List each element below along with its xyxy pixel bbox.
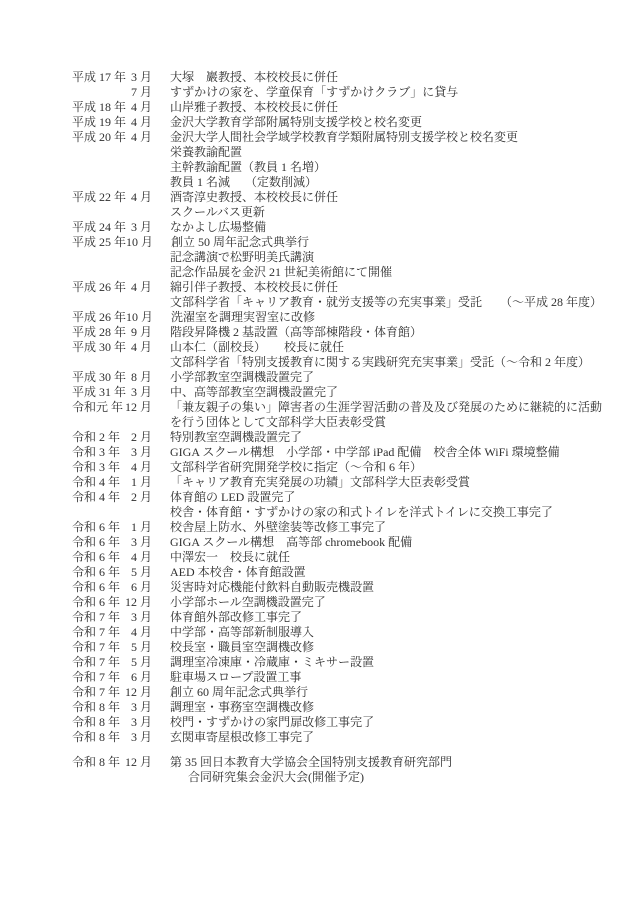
event-text: 文部科学省「キャリア教育・就労支援等の充実事業」受託 （～平成 28 年度） — [170, 295, 602, 310]
event-text: 校長室・職員室空調機改修 — [170, 640, 314, 655]
era-year-label: 令和 4 年 — [72, 475, 120, 490]
month-label: 12 月 — [125, 685, 152, 700]
event-text: 特別教室空調機設置完了 — [170, 430, 302, 445]
era-year-label: 令和 8 年 — [72, 755, 120, 770]
month-label: 3 月 — [131, 220, 152, 235]
timeline-row: 令和 4 年2 月 体育館の LED 設置完了 — [72, 490, 632, 505]
date-cell: 令和 3 年3 月 — [72, 445, 152, 460]
era-year-label: 平成 20 年 — [72, 130, 126, 145]
date-cell: 令和 6 年1 月 — [72, 520, 152, 535]
event-text: AED 本校舎・体育館設置 — [170, 565, 306, 580]
event-text: 金沢大学教育学部附属特別支援学校と校名変更 — [170, 115, 422, 130]
era-year-label: 令和 6 年 — [72, 595, 120, 610]
event-text: 体育館の LED 設置完了 — [170, 490, 295, 505]
month-label: 3 月 — [131, 610, 152, 625]
date-cell: 令和 8 年3 月 — [72, 700, 152, 715]
event-text: 文部科学省研究開発学校に指定（～令和 6 年） — [170, 460, 422, 475]
month-label: 4 月 — [131, 625, 152, 640]
event-text: 第 35 回日本教育大学協会全国特別支援教育研究部門 — [170, 755, 452, 770]
date-cell: 平成 26 年10 月 — [72, 310, 153, 325]
timeline-row: 令和 8 年3 月 調理室・事務室空調機改修 — [72, 700, 632, 715]
event-text: 大塚 巖教授、本校校長に併任 — [170, 70, 338, 85]
month-label: 3 月 — [131, 385, 152, 400]
event-text: 小学部教室空調機設置完了 — [170, 370, 314, 385]
month-label: 3 月 — [131, 445, 152, 460]
timeline-row: 平成 30 年4 月 山本仁（副校長） 校長に就任 — [72, 340, 632, 355]
timeline-row: 令和 6 年3 月 GIGA スクール構想 高等部 chromebook 配備 — [72, 535, 632, 550]
era-year-label: 令和 6 年 — [72, 520, 120, 535]
date-cell: 平成 22 年4 月 — [72, 190, 152, 205]
date-cell: 平成 24 年3 月 — [72, 220, 152, 235]
timeline-row: 令和 8 年12 月 第 35 回日本教育大学協会全国特別支援教育研究部門 — [72, 755, 632, 770]
month-label: 1 月 — [131, 475, 152, 490]
era-year-label: 令和 7 年 — [72, 625, 120, 640]
event-text: 創立 60 周年記念式典挙行 — [170, 685, 308, 700]
event-text: すずかけの家を、学童保育「すずかけクラブ」に貸与 — [170, 85, 458, 100]
month-label: 4 月 — [131, 460, 152, 475]
month-label: 3 月 — [131, 730, 152, 745]
date-cell: 令和 2 年2 月 — [72, 430, 152, 445]
timeline-row: 令和 3 年4 月 文部科学省研究開発学校に指定（～令和 6 年） — [72, 460, 632, 475]
date-cell: 平成 17 年3 月 — [72, 70, 152, 85]
timeline-row: 平成 19 年4 月 金沢大学教育学部附属特別支援学校と校名変更 — [72, 115, 632, 130]
era-year-label: 平成 30 年 — [72, 370, 126, 385]
month-label: 4 月 — [131, 340, 152, 355]
era-year-label: 平成 25 年 — [72, 235, 126, 250]
event-text: 綿引伴子教授、本校校長に併任 — [170, 280, 338, 295]
event-text: 山本仁（副校長） 校長に就任 — [170, 340, 344, 355]
event-text: 記念作品展を金沢 21 世紀美術館にて開催 — [170, 265, 392, 280]
month-label: 9 月 — [131, 325, 152, 340]
date-cell: 平成 31 年3 月 — [72, 385, 152, 400]
event-text: 調理室冷凍庫・冷蔵庫・ミキサー設置 — [170, 655, 374, 670]
month-label: 10 月 — [126, 235, 153, 250]
month-label: 12 月 — [125, 400, 152, 415]
month-label: 2 月 — [131, 430, 152, 445]
era-year-label: 令和 7 年 — [72, 670, 120, 685]
month-label: 1 月 — [131, 520, 152, 535]
timeline-row: 令和 8 年3 月 玄関車寄屋根改修工事完了 — [72, 730, 632, 745]
month-label: 7 月 — [131, 85, 152, 100]
event-text: を行う団体として文部科学大臣表彰受賞 — [170, 415, 386, 430]
timeline-row: 平成 26 年4 月 綿引伴子教授、本校校長に併任 — [72, 280, 632, 295]
month-label: 4 月 — [131, 280, 152, 295]
month-label: 6 月 — [131, 670, 152, 685]
school-history-timeline: 平成 17 年3 月 大塚 巖教授、本校校長に併任 7 月 すずかけの家を、学童… — [72, 70, 632, 785]
era-year-label: 令和 6 年 — [72, 550, 120, 565]
date-cell: 令和 6 年12 月 — [72, 595, 152, 610]
timeline-row: 令和 6 年12 月 小学部ホール空調機設置完了 — [72, 595, 632, 610]
timeline-row: 校舎・体育館・すずかけの家の和式トイレを洋式トイレに交換工事完了 — [72, 505, 632, 520]
month-label: 4 月 — [131, 115, 152, 130]
date-cell: 令和 8 年3 月 — [72, 730, 152, 745]
date-cell: 平成 28 年9 月 — [72, 325, 152, 340]
date-cell: 令和 4 年2 月 — [72, 490, 152, 505]
era-year-label: 令和 6 年 — [72, 535, 120, 550]
date-cell: 令和 8 年3 月 — [72, 715, 152, 730]
event-text: 山岸雅子教授、本校校長に併任 — [170, 100, 338, 115]
date-cell: 平成 30 年8 月 — [72, 370, 152, 385]
month-label: 10 月 — [126, 310, 153, 325]
event-text: 酒寄淳史教授、本校校長に併任 — [170, 190, 338, 205]
month-label: 8 月 — [131, 370, 152, 385]
era-year-label: 平成 18 年 — [72, 100, 126, 115]
event-text: 調理室・事務室空調機改修 — [170, 700, 314, 715]
era-year-label: 平成 24 年 — [72, 220, 126, 235]
event-text: なかよし広場整備 — [170, 220, 266, 235]
era-year-label: 令和 6 年 — [72, 565, 120, 580]
month-label: 4 月 — [131, 550, 152, 565]
timeline-row: 令和 7 年6 月 駐車場スロープ設置工事 — [72, 670, 632, 685]
month-label: 4 月 — [131, 130, 152, 145]
date-cell: 平成 19 年4 月 — [72, 115, 152, 130]
era-year-label: 令和 4 年 — [72, 490, 120, 505]
era-year-label: 令和元 年 — [72, 400, 123, 415]
month-label: 3 月 — [131, 535, 152, 550]
era-year-label: 令和 2 年 — [72, 430, 120, 445]
date-cell: 令和 7 年4 月 — [72, 625, 152, 640]
era-year-label: 令和 8 年 — [72, 730, 120, 745]
era-year-label: 平成 28 年 — [72, 325, 126, 340]
era-year-label: 令和 7 年 — [72, 610, 120, 625]
era-year-label: 平成 17 年 — [72, 70, 126, 85]
era-year-label: 令和 8 年 — [72, 715, 120, 730]
date-cell: 令和 6 年4 月 — [72, 550, 152, 565]
event-text: GIGA スクール構想 高等部 chromebook 配備 — [170, 535, 412, 550]
month-label: 4 月 — [131, 100, 152, 115]
era-year-label: 平成 26 年 — [72, 280, 126, 295]
era-year-label: 令和 6 年 — [72, 580, 120, 595]
timeline-row: 平成 24 年3 月 なかよし広場整備 — [72, 220, 632, 235]
timeline-row: 教員 1 名減 （定数削減） — [72, 175, 632, 190]
timeline-row: 平成 25 年10 月 創立 50 周年記念式典挙行 — [72, 235, 632, 250]
era-year-label: 令和 3 年 — [72, 460, 120, 475]
date-cell: 令和 7 年6 月 — [72, 670, 152, 685]
month-label: 5 月 — [131, 655, 152, 670]
timeline-row: 令和 7 年5 月 調理室冷凍庫・冷蔵庫・ミキサー設置 — [72, 655, 632, 670]
era-year-label: 平成 31 年 — [72, 385, 126, 400]
timeline-row: 令和 3 年3 月 GIGA スクール構想 小学部・中学部 iPad 配備 校舎… — [72, 445, 632, 460]
era-year-label: 令和 8 年 — [72, 700, 120, 715]
era-year-label: 平成 30 年 — [72, 340, 126, 355]
timeline-row: 令和 7 年3 月 体育館外部改修工事完了 — [72, 610, 632, 625]
date-cell: 令和 4 年1 月 — [72, 475, 152, 490]
timeline-row: 文部科学省「特別支援教育に関する実践研究充実事業」受託（～令和 2 年度） — [72, 355, 632, 370]
month-label: 3 月 — [131, 70, 152, 85]
event-text: スクールバス更新 — [170, 205, 265, 220]
event-text: 「キャリア教育充実発展の功績」文部科学大臣表彰受賞 — [170, 475, 470, 490]
event-text: 栄養教諭配置 — [170, 145, 242, 160]
timeline-row: 7 月 すずかけの家を、学童保育「すずかけクラブ」に貸与 — [72, 85, 632, 100]
event-text: 洗濯室を調理実習室に改修 — [171, 310, 315, 325]
date-cell: 令和 6 年3 月 — [72, 535, 152, 550]
timeline-row: 令和 6 年1 月 校舎屋上防水、外壁塗装等改修工事完了 — [72, 520, 632, 535]
event-text: 文部科学省「特別支援教育に関する実践研究充実事業」受託（～令和 2 年度） — [170, 355, 590, 370]
timeline-row: 平成 22 年4 月 酒寄淳史教授、本校校長に併任 — [72, 190, 632, 205]
event-text: 教員 1 名減 （定数削減） — [170, 175, 317, 190]
timeline-row: 記念作品展を金沢 21 世紀美術館にて開催 — [72, 265, 632, 280]
month-label: 4 月 — [131, 190, 152, 205]
date-cell: 平成 20 年4 月 — [72, 130, 152, 145]
event-text: 階段昇降機 2 基設置（高等部棟階段・体育館） — [170, 325, 422, 340]
timeline-row: 令和 6 年4 月 中澤宏一 校長に就任 — [72, 550, 632, 565]
timeline-row: 主幹教諭配置（教員 1 名増） — [72, 160, 632, 175]
date-cell: 平成 18 年4 月 — [72, 100, 152, 115]
event-text: 「兼友親子の集い」障害者の生涯学習活動の普及及び発展のために継続的に活動 — [170, 400, 602, 415]
date-cell: 平成 25 年10 月 — [72, 235, 153, 250]
month-label: 2 月 — [131, 490, 152, 505]
event-text: 合同研究集会金沢大会(開催予定) — [188, 770, 364, 785]
timeline-row: 合同研究集会金沢大会(開催予定) — [72, 770, 632, 785]
event-text: 中澤宏一 校長に就任 — [170, 550, 290, 565]
event-text: 玄関車寄屋根改修工事完了 — [170, 730, 314, 745]
month-label: 6 月 — [131, 580, 152, 595]
date-cell: 令和 7 年12 月 — [72, 685, 152, 700]
date-cell: 令和 6 年6 月 — [72, 580, 152, 595]
timeline-row: 令和 8 年3 月 校門・すずかけの家門扉改修工事完了 — [72, 715, 632, 730]
date-cell: 7 月 — [72, 85, 152, 100]
date-cell: 令和元 年12 月 — [72, 400, 152, 415]
era-year-label: 平成 26 年 — [72, 310, 126, 325]
event-text: 駐車場スロープ設置工事 — [170, 670, 301, 685]
timeline-row: スクールバス更新 — [72, 205, 632, 220]
timeline-row: 平成 20 年4 月 金沢大学人間社会学域学校教育学類附属特別支援学校と校名変更 — [72, 130, 632, 145]
era-year-label: 平成 19 年 — [72, 115, 126, 130]
date-cell: 令和 3 年4 月 — [72, 460, 152, 475]
timeline-row: 令和 4 年1 月 「キャリア教育充実発展の功績」文部科学大臣表彰受賞 — [72, 475, 632, 490]
timeline-row: 令和 6 年6 月 災害時対応機能付飲料自動販売機設置 — [72, 580, 632, 595]
month-label: 12 月 — [125, 755, 152, 770]
event-text: 中、高等部教室空調機設置完了 — [170, 385, 338, 400]
date-cell: 令和 6 年5 月 — [72, 565, 152, 580]
date-cell: 令和 7 年5 月 — [72, 655, 152, 670]
timeline-row: 令和 7 年4 月 中学部・高等部新制服導入 — [72, 625, 632, 640]
date-cell: 平成 30 年4 月 — [72, 340, 152, 355]
event-text: 主幹教諭配置（教員 1 名増） — [170, 160, 326, 175]
era-year-label: 令和 7 年 — [72, 640, 120, 655]
timeline-row: 令和 6 年5 月 AED 本校舎・体育館設置 — [72, 565, 632, 580]
document-page: 平成 17 年3 月 大塚 巖教授、本校校長に併任 7 月 すずかけの家を、学童… — [0, 0, 640, 906]
timeline-row: 令和 7 年12 月 創立 60 周年記念式典挙行 — [72, 685, 632, 700]
timeline-row: 平成 26 年10 月 洗濯室を調理実習室に改修 — [72, 310, 632, 325]
timeline-row: 文部科学省「キャリア教育・就労支援等の充実事業」受託 （～平成 28 年度） — [72, 295, 632, 310]
timeline-row: 平成 31 年3 月 中、高等部教室空調機設置完了 — [72, 385, 632, 400]
era-year-label: 平成 22 年 — [72, 190, 126, 205]
era-year-label: 令和 7 年 — [72, 655, 120, 670]
timeline-row: 令和元 年12 月 「兼友親子の集い」障害者の生涯学習活動の普及及び発展のために… — [72, 400, 632, 415]
date-cell: 令和 8 年12 月 — [72, 755, 152, 770]
timeline-row: 平成 18 年4 月 山岸雅子教授、本校校長に併任 — [72, 100, 632, 115]
event-text: 校舎・体育館・すずかけの家の和式トイレを洋式トイレに交換工事完了 — [170, 505, 553, 520]
month-label: 3 月 — [131, 700, 152, 715]
month-label: 5 月 — [131, 565, 152, 580]
date-cell: 令和 7 年3 月 — [72, 610, 152, 625]
month-label: 12 月 — [125, 595, 152, 610]
era-year-label: 令和 7 年 — [72, 685, 120, 700]
event-text: 災害時対応機能付飲料自動販売機設置 — [170, 580, 374, 595]
month-label: 5 月 — [131, 640, 152, 655]
event-text: 体育館外部改修工事完了 — [170, 610, 302, 625]
timeline-row: 令和 7 年5 月 校長室・職員室空調機改修 — [72, 640, 632, 655]
timeline-row: 記念講演で松野明美氏講演 — [72, 250, 632, 265]
date-cell: 令和 7 年5 月 — [72, 640, 152, 655]
era-year-label: 令和 3 年 — [72, 445, 120, 460]
event-text: 創立 50 周年記念式典挙行 — [171, 235, 309, 250]
timeline-row: 令和 2 年2 月 特別教室空調機設置完了 — [72, 430, 632, 445]
month-label: 3 月 — [131, 715, 152, 730]
event-text: 校舎屋上防水、外壁塗装等改修工事完了 — [170, 520, 386, 535]
timeline-row: 平成 28 年9 月 階段昇降機 2 基設置（高等部棟階段・体育館） — [72, 325, 632, 340]
event-text: GIGA スクール構想 小学部・中学部 iPad 配備 校舎全体 WiFi 環境… — [170, 445, 560, 460]
event-text: 校門・すずかけの家門扉改修工事完了 — [170, 715, 374, 730]
timeline-row: 平成 17 年3 月 大塚 巖教授、本校校長に併任 — [72, 70, 632, 85]
event-text: 記念講演で松野明美氏講演 — [170, 250, 314, 265]
date-cell: 平成 26 年4 月 — [72, 280, 152, 295]
timeline-row: を行う団体として文部科学大臣表彰受賞 — [72, 415, 632, 430]
timeline-row: 栄養教諭配置 — [72, 145, 632, 160]
event-text: 中学部・高等部新制服導入 — [170, 625, 314, 640]
timeline-row: 平成 30 年8 月 小学部教室空調機設置完了 — [72, 370, 632, 385]
event-text: 金沢大学人間社会学域学校教育学類附属特別支援学校と校名変更 — [170, 130, 518, 145]
event-text: 小学部ホール空調機設置完了 — [170, 595, 326, 610]
